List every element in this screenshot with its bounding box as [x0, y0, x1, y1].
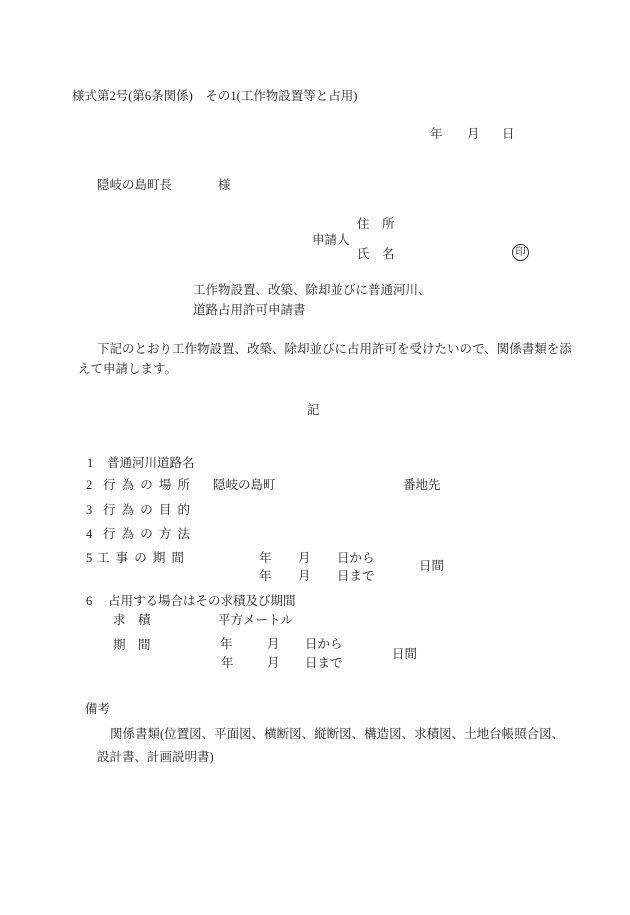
- applicant-address-label: 住 所: [357, 217, 395, 231]
- addressee-honorific: 様: [218, 178, 231, 192]
- item6-area-label: 求 積: [113, 613, 151, 627]
- applicant-name-label: 氏 名: [357, 247, 395, 261]
- item6-to-day-label: 日まで: [305, 656, 343, 670]
- applicant-label: 申請人: [312, 233, 350, 247]
- item2-value-town: 隠岐の島町: [213, 478, 276, 492]
- date-year-label: 年: [430, 127, 443, 141]
- item2-label: 行 為 の 場 所: [103, 478, 192, 492]
- form-number: 様式第2号(第6条関係) その1(工作物設置等と占用): [72, 89, 357, 103]
- date-month-label: 月: [467, 127, 480, 141]
- item5-from-day-label: 日から: [337, 551, 375, 565]
- item5-to-day-label: 日まで: [337, 569, 375, 583]
- doc-title-line2: 道路占用許可申請書: [193, 303, 306, 317]
- remarks-line2: 設計書、計画説明書): [97, 750, 214, 764]
- item6-from-day-label: 日から: [305, 637, 343, 651]
- body-line2: えて申請します。: [78, 362, 177, 376]
- doc-title-line1: 工作物設置、改築、除却並びに普通河川、: [193, 283, 431, 297]
- item4-number: 4: [86, 527, 92, 541]
- date-day-label: 日: [502, 127, 515, 141]
- item6-to-month-label: 月: [267, 656, 280, 670]
- item6-period-label: 期 間: [113, 638, 151, 652]
- item6-from-year-label: 年: [220, 637, 233, 651]
- item2-suffix-banchisaki: 番地先: [403, 478, 441, 492]
- item6-from-month-label: 月: [267, 637, 280, 651]
- remarks-line1: 関係書類(位置図、平面図、横断図、縦断図、構造図、求積図、土地台帳照合図、: [110, 727, 564, 741]
- record-mark: 記: [307, 403, 320, 417]
- item6-area-unit-label: 平方メートル: [218, 613, 293, 627]
- item3-number: 3: [86, 503, 92, 517]
- item6-number: 6: [86, 594, 92, 608]
- item1-label: 普通河川道路名: [107, 456, 195, 470]
- item6-label: 占用する場合はその求積及び期間: [108, 594, 296, 608]
- body-line1: 下記のとおり工作物設置、改築、除却並びに占用許可を受けたいので、関係書類を添: [97, 342, 572, 356]
- item5-to-year-label: 年: [259, 569, 272, 583]
- item6-days-label: 日間: [392, 647, 417, 661]
- addressee-name: 隠岐の島町長: [97, 178, 172, 192]
- seal-character: 印: [516, 248, 526, 258]
- item5-number: 5: [86, 551, 92, 565]
- item6-to-year-label: 年: [221, 656, 234, 670]
- item4-label: 行 為 の 方 法: [103, 527, 192, 541]
- item5-to-month-label: 月: [298, 569, 311, 583]
- remarks-label: 備考: [85, 702, 110, 716]
- item5-from-year-label: 年: [259, 551, 272, 565]
- item5-from-month-label: 月: [298, 551, 311, 565]
- seal-mark: 印: [512, 244, 529, 261]
- item3-label: 行 為 の 目 的: [103, 503, 192, 517]
- item5-label: 工 事 の 期 間: [97, 551, 186, 565]
- item2-number: 2: [86, 478, 92, 492]
- item5-days-label: 日間: [419, 559, 444, 573]
- application-form-page: 様式第2号(第6条関係) その1(工作物設置等と占用) 年 月 日 隠岐の島町長…: [0, 0, 630, 915]
- item1-number: 1: [87, 456, 93, 470]
